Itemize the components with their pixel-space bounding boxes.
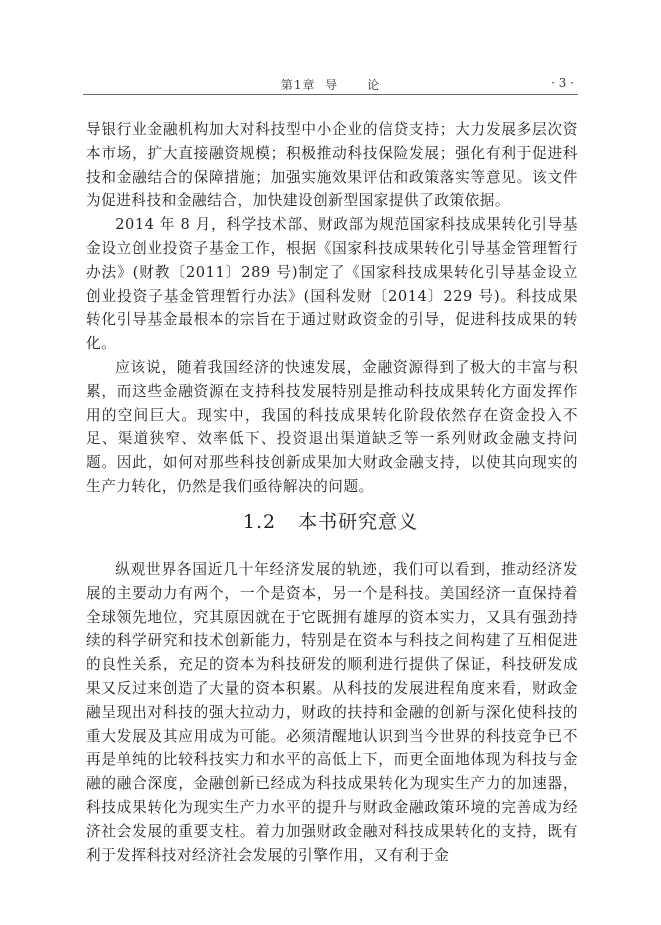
paragraph-research-significance: 纵观世界各国近几十年经济发展的轨迹，我们可以看到，推动经济发展的主要动力有两个，… — [86, 558, 578, 867]
paragraph-financial-resources: 应该说，随着我国经济的快速发展，金融资源得到了极大的丰富与积累，而这些金融资源在… — [86, 356, 578, 499]
section-number: 1.2 — [243, 511, 276, 533]
page-header: 第1章 导 论 · 3 · — [83, 74, 578, 95]
section-title: 本书研究意义 — [298, 511, 418, 533]
body-text-block-2: 纵观世界各国近几十年经济发展的轨迹，我们可以看到，推动经济发展的主要动力有两个，… — [86, 558, 578, 867]
page-number: · 3 · — [551, 76, 574, 90]
body-text-block-1: 导银行业金融机构加大对科技型中小企业的信贷支持；大力发展多层次资本市场，扩大直接… — [86, 118, 578, 499]
section-heading: 1.2本书研究意义 — [0, 507, 661, 534]
paragraph-continued: 导银行业金融机构加大对科技型中小企业的信贷支持；大力发展多层次资本市场，扩大直接… — [86, 118, 578, 213]
paragraph-fund-regulation: 2014 年 8 月，科学技术部、财政部为规范国家科技成果转化引导基金设立创业投… — [86, 213, 578, 356]
running-head-chapter-title: 第1章 导 论 — [83, 76, 578, 93]
